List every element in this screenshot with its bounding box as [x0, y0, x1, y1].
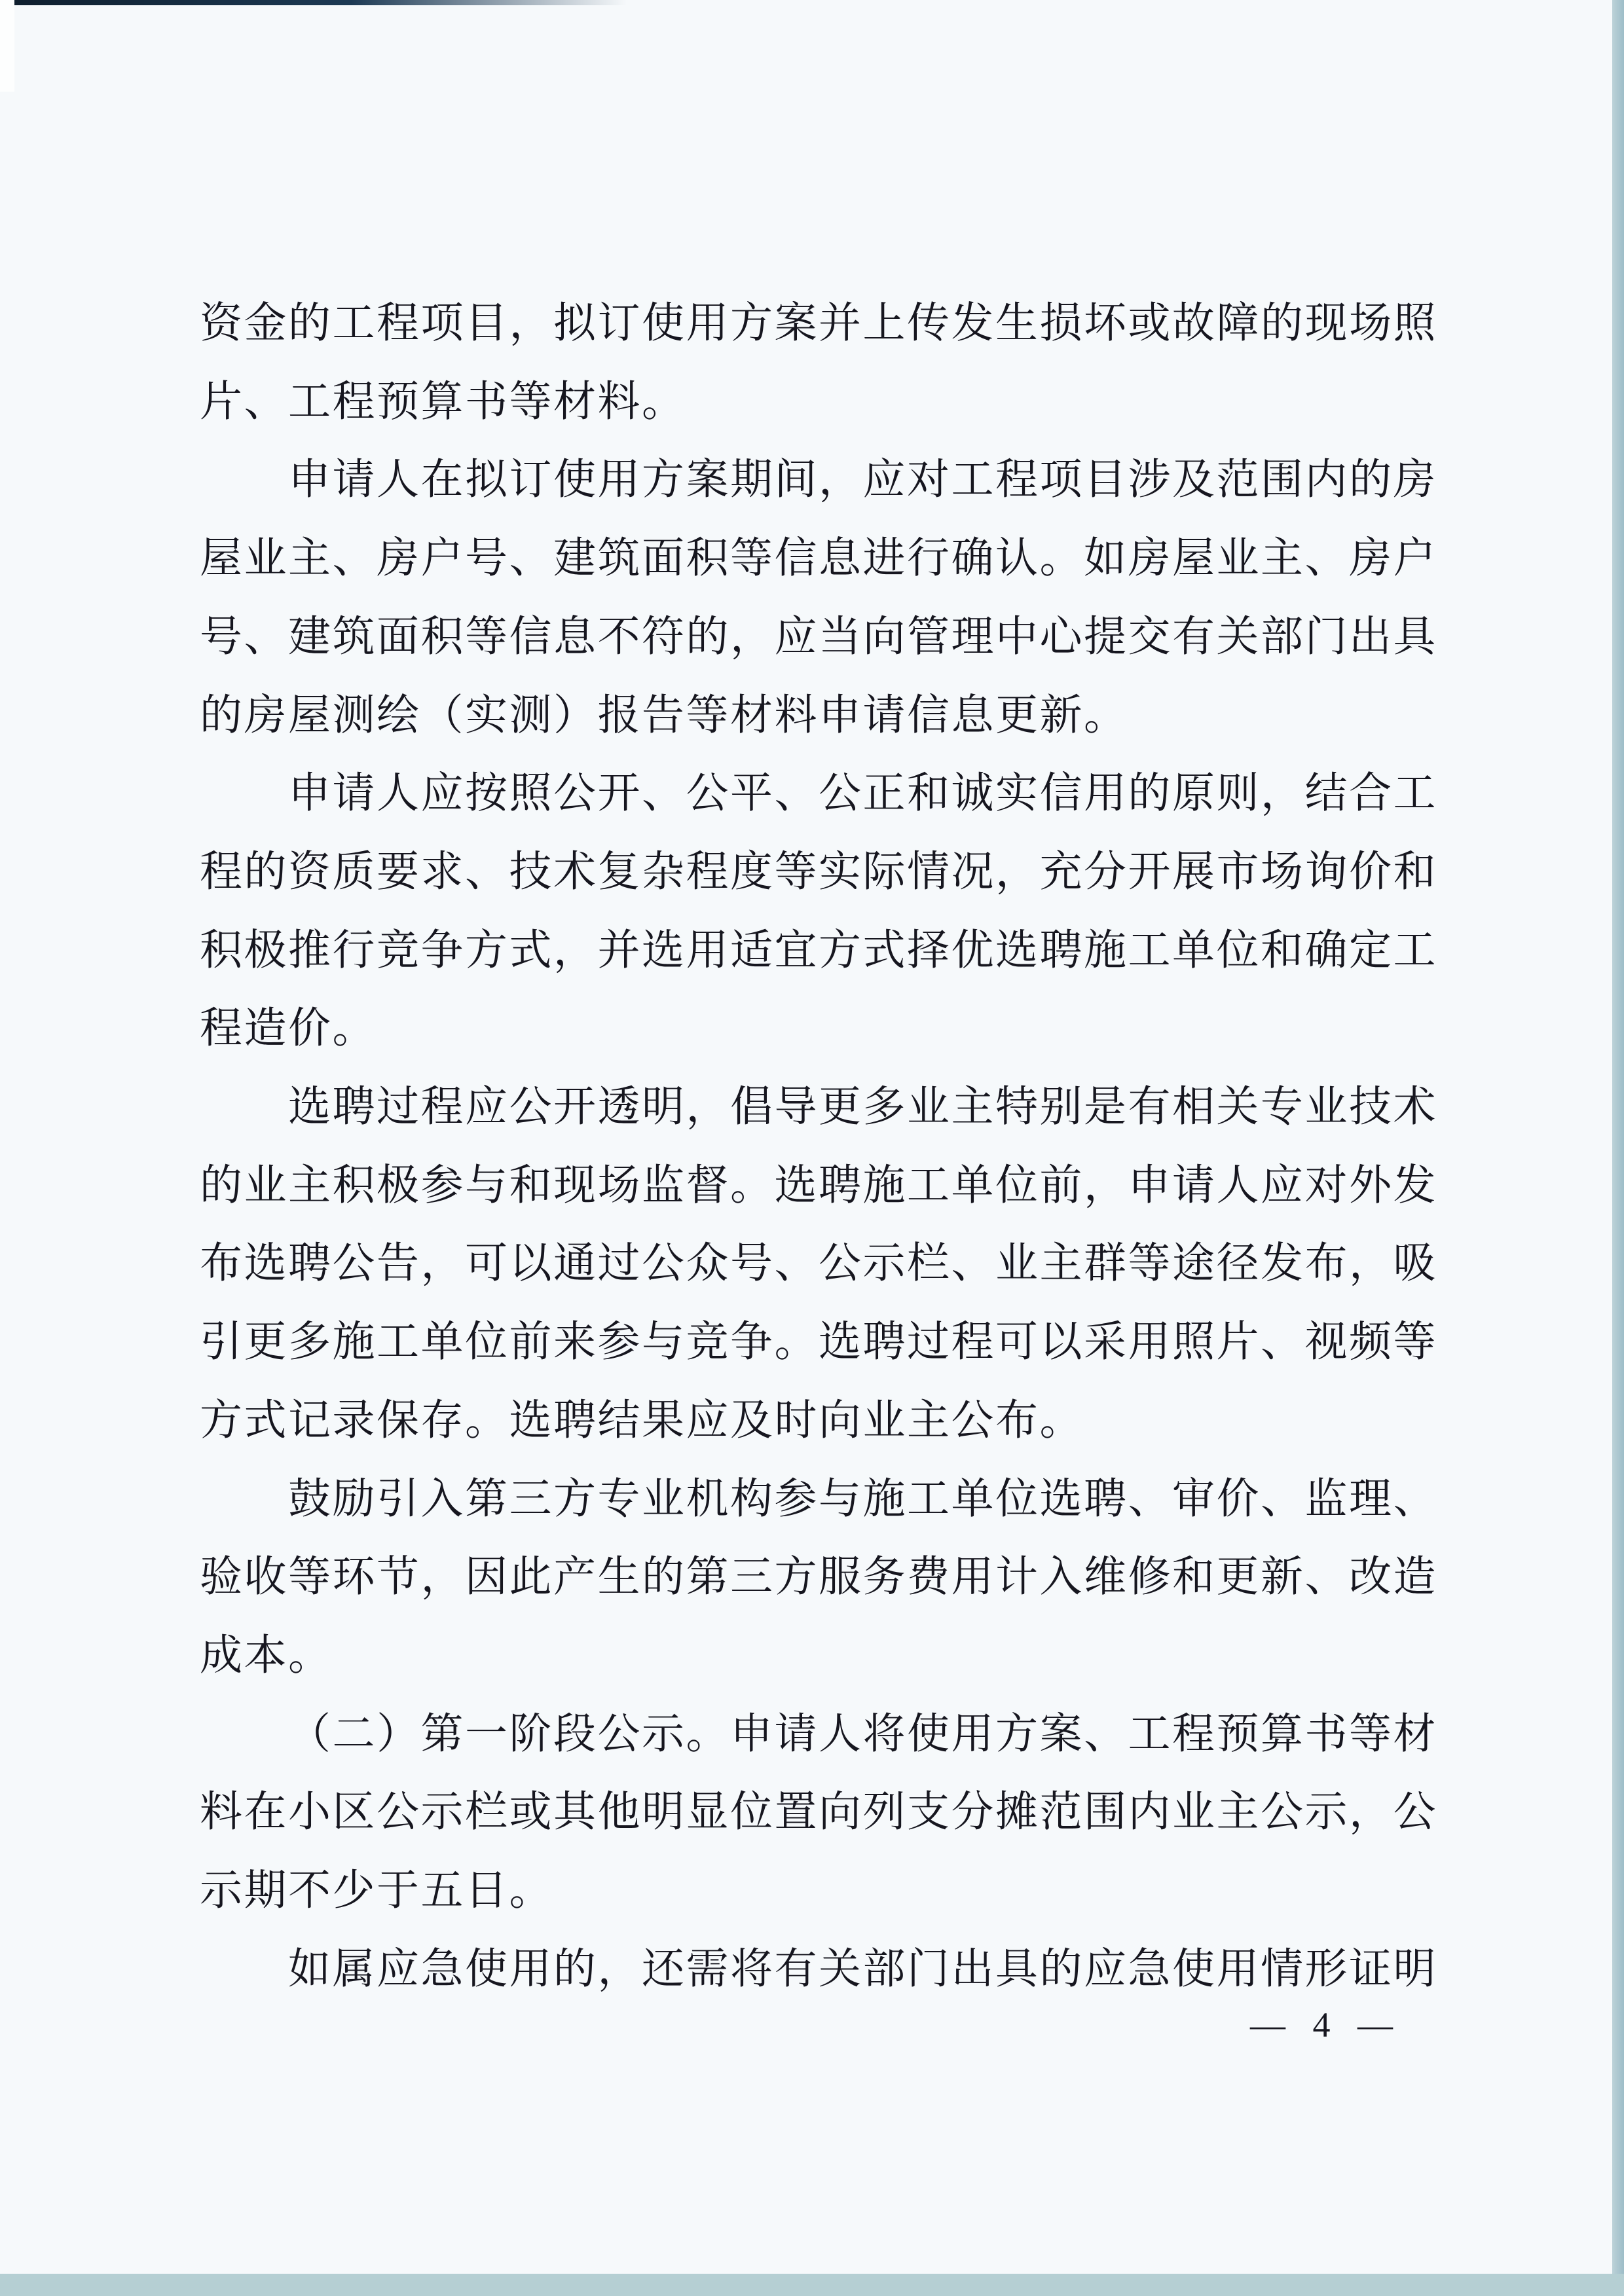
text-line: 成本。 — [200, 1617, 1450, 1696]
text-line: 料在小区公示栏或其他明显位置向列支分摊范围内业主公示，公 — [200, 1774, 1450, 1852]
scanner-bed-right-edge — [1612, 0, 1624, 2296]
text-line: 程造价。 — [200, 990, 1450, 1068]
text-line: 资金的工程项目，拟订使用方案并上传发生损坏或故障的现场照 — [200, 285, 1450, 363]
text-line: 布选聘公告，可以通过公众号、公示栏、业主群等途径发布，吸 — [200, 1225, 1450, 1303]
text-line: 选聘过程应公开透明，倡导更多业主特别是有相关专业技术 — [200, 1068, 1450, 1147]
text-line: 的房屋测绘（实测）报告等材料申请信息更新。 — [200, 677, 1450, 756]
scan-top-edge-artifact — [14, 0, 627, 5]
text-line: 如属应急使用的，还需将有关部门出具的应急使用情形证明 — [200, 1931, 1450, 2009]
text-line: 引更多施工单位前来参与竞争。选聘过程可以采用照片、视频等 — [200, 1303, 1450, 1382]
text-line: （二）第一阶段公示。申请人将使用方案、工程预算书等材 — [200, 1696, 1450, 1774]
text-line: 方式记录保存。选聘结果应及时向业主公布。 — [200, 1382, 1450, 1461]
text-line: 的业主积极参与和现场监督。选聘施工单位前，申请人应对外发 — [200, 1147, 1450, 1226]
text-line: 验收等环节，因此产生的第三方服务费用计入维修和更新、改造 — [200, 1539, 1450, 1617]
text-line: 屋业主、房户号、建筑面积等信息进行确认。如房屋业主、房户 — [200, 520, 1450, 598]
text-line: 程的资质要求、技术复杂程度等实际情况，充分开展市场询价和 — [200, 833, 1450, 912]
text-line: 片、工程预算书等材料。 — [200, 363, 1450, 442]
text-line: 积极推行竞争方式，并选用适宜方式择优选聘施工单位和确定工 — [200, 912, 1450, 991]
page-number: — 4 — — [1218, 2005, 1434, 2045]
document-body-text: 资金的工程项目，拟订使用方案并上传发生损坏或故障的现场照 片、工程预算书等材料。… — [200, 285, 1450, 2009]
scanned-page: 资金的工程项目，拟订使用方案并上传发生损坏或故障的现场照 片、工程预算书等材料。… — [0, 0, 1624, 2296]
text-line: 示期不少于五日。 — [200, 1852, 1450, 1931]
text-line: 申请人应按照公开、公平、公正和诚实信用的原则，结合工 — [200, 755, 1450, 833]
scan-left-edge-artifact — [0, 0, 14, 92]
text-line: 鼓励引入第三方专业机构参与施工单位选聘、审价、监理、 — [200, 1461, 1450, 1539]
text-line: 申请人在拟订使用方案期间，应对工程项目涉及范围内的房 — [200, 441, 1450, 520]
scanner-bed-bottom-edge — [0, 2274, 1624, 2296]
text-line: 号、建筑面积等信息不符的，应当向管理中心提交有关部门出具 — [200, 598, 1450, 677]
